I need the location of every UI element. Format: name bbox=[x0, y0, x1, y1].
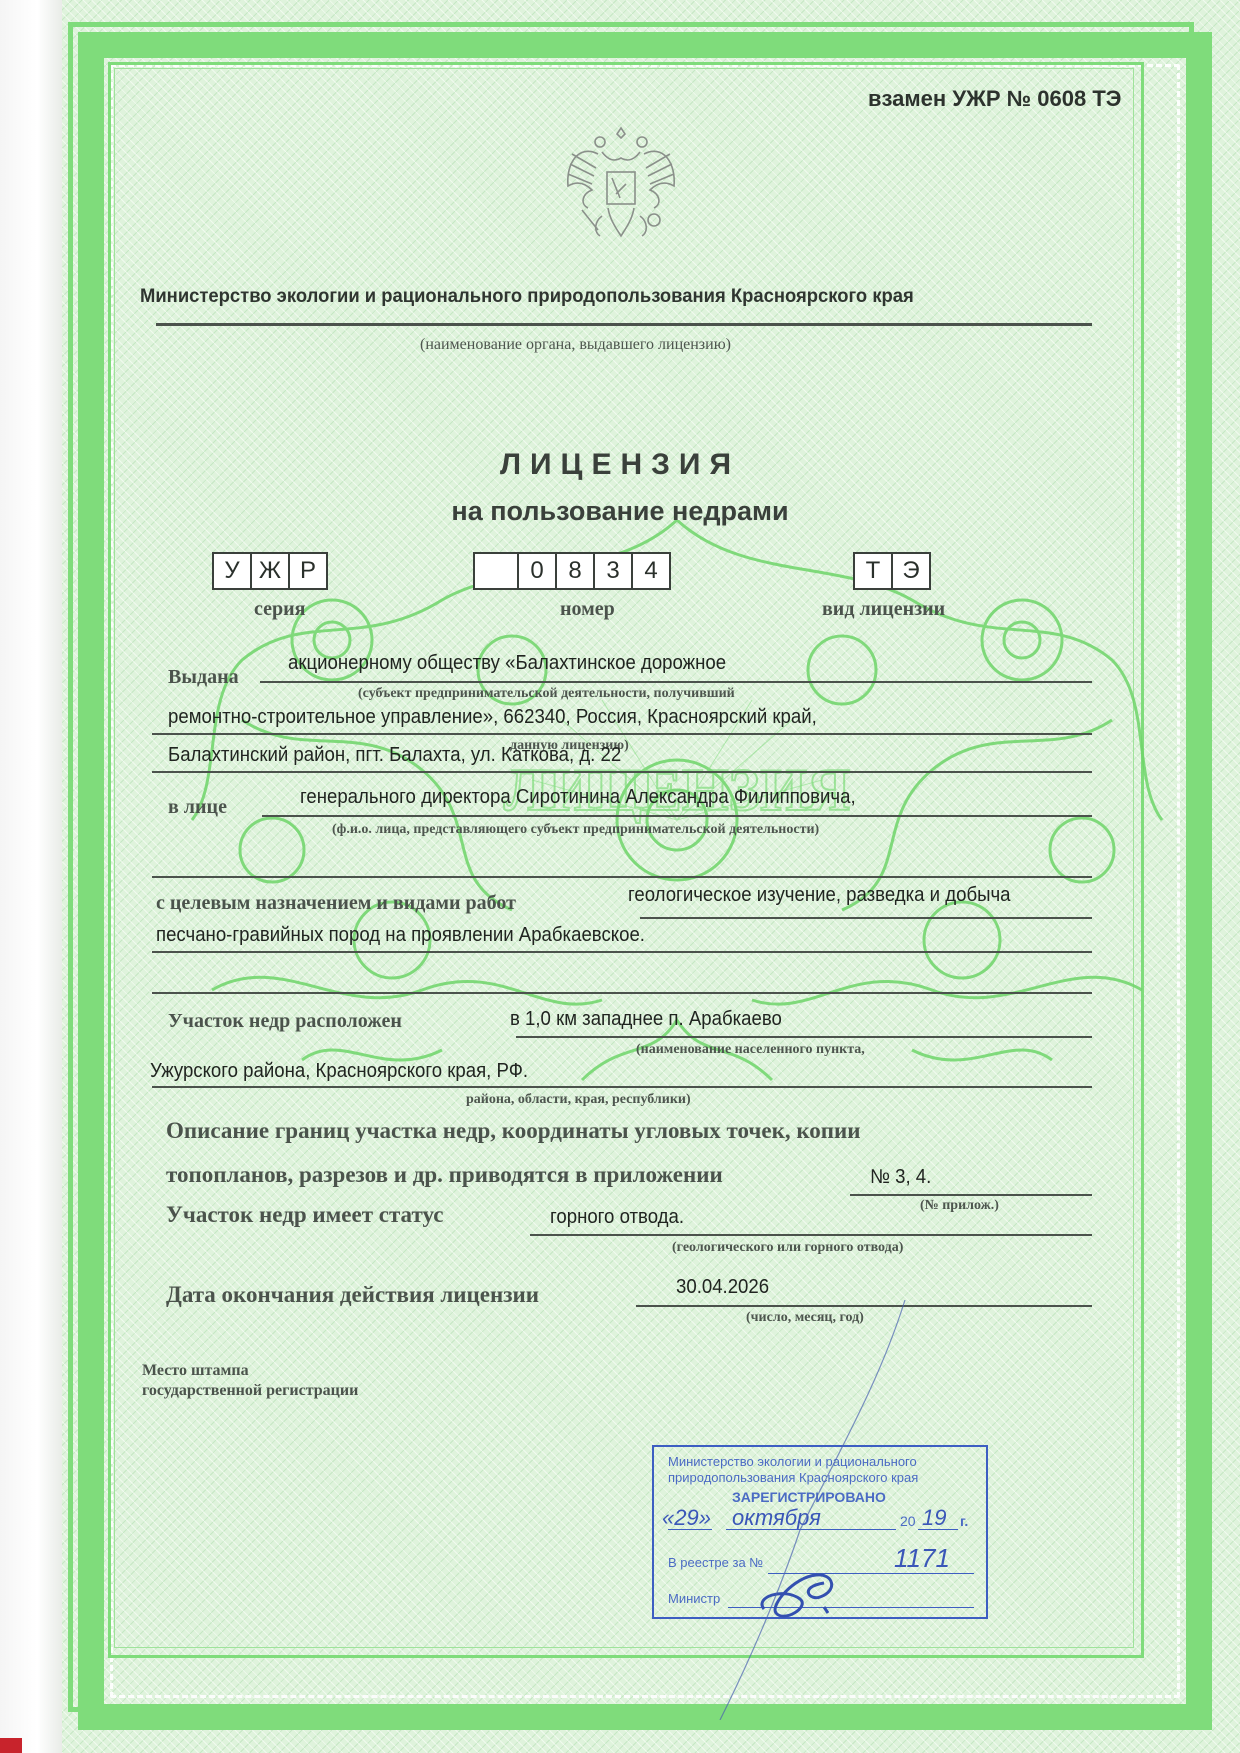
license-subtitle: на пользование недрами bbox=[0, 496, 1240, 527]
status-caption: (геологического или горного отвода) bbox=[672, 1240, 903, 1256]
location-caption-1: (наименование населенного пункта, bbox=[636, 1042, 865, 1058]
location-underline-2 bbox=[152, 1086, 1092, 1088]
series-boxes: У Ж Р bbox=[212, 552, 328, 590]
series-char: У bbox=[214, 554, 252, 588]
issued-to-underline-2 bbox=[152, 733, 1092, 735]
issuing-authority-caption: (наименование органа, выдавшего лицензию… bbox=[420, 336, 731, 354]
issuing-authority: Министерство экологии и рационального пр… bbox=[140, 286, 914, 308]
stamp-place-line1: Место штампа bbox=[142, 1362, 249, 1380]
represented-by-caption: (ф.и.о. лица, представляющего субъект пр… bbox=[332, 822, 819, 838]
license-type-label: вид лицензии bbox=[822, 598, 945, 621]
purpose-underline-3 bbox=[152, 992, 1092, 994]
number-boxes: 0 8 3 4 bbox=[473, 552, 671, 590]
number-char: 0 bbox=[519, 554, 557, 588]
number-char: 4 bbox=[633, 554, 669, 588]
number-char: 3 bbox=[595, 554, 633, 588]
purpose-underline-1 bbox=[640, 917, 1092, 919]
issued-to-line1: акционерному обществу «Балахтинское доро… bbox=[288, 652, 726, 675]
issued-to-label: Выдана bbox=[168, 666, 239, 689]
license-type-boxes: Т Э bbox=[853, 552, 931, 590]
purpose-underline-2 bbox=[152, 951, 1092, 953]
license-title: ЛИЦЕНЗИЯ bbox=[0, 448, 1240, 482]
appendix-value: № 3, 4. bbox=[870, 1166, 931, 1189]
stamp-place-line2: государственной регистрации bbox=[142, 1382, 358, 1400]
boundaries-text-line1: Описание границ участка недр, координаты… bbox=[166, 1118, 861, 1144]
location-caption-2: района, области, края, республики) bbox=[466, 1092, 691, 1108]
binding-strip bbox=[0, 0, 62, 1753]
stamp-year-unit: г. bbox=[960, 1513, 968, 1529]
issued-to-line2: ремонтно-строительное управление», 66234… bbox=[168, 706, 817, 729]
represented-by-underline-2 bbox=[152, 876, 1092, 878]
issued-to-line3: Балахтинский район, пгт. Балахта, ул. Ка… bbox=[168, 744, 621, 767]
purpose-label: с целевым назначением и видами работ bbox=[156, 892, 516, 915]
number-char bbox=[475, 554, 519, 588]
appendix-caption: (№ прилож.) bbox=[920, 1198, 999, 1214]
issuing-authority-underline bbox=[156, 323, 1092, 326]
location-line1: в 1,0 км западнее п. Арабкаево bbox=[510, 1008, 782, 1031]
appendix-underline bbox=[850, 1194, 1092, 1196]
series-label: серия bbox=[254, 598, 305, 621]
replaces-license-note: взамен УЖР № 0608 ТЭ bbox=[868, 86, 1121, 112]
represented-by-underline bbox=[262, 815, 1092, 817]
number-char: 8 bbox=[557, 554, 595, 588]
russian-coat-of-arms-icon bbox=[558, 124, 684, 244]
boundaries-text-line2: топопланов, разрезов и др. приводятся в … bbox=[166, 1162, 723, 1188]
status-value: горного отвода. bbox=[550, 1206, 684, 1229]
license-type-char: Т bbox=[855, 554, 893, 588]
represented-by-label: в лице bbox=[168, 796, 227, 819]
binding-edge-mark bbox=[0, 1738, 22, 1753]
expiry-label: Дата окончания действия лицензии bbox=[166, 1282, 539, 1308]
stamp-year-line bbox=[918, 1529, 958, 1530]
series-char: Ж bbox=[252, 554, 290, 588]
status-underline bbox=[530, 1234, 1092, 1236]
location-underline-1 bbox=[516, 1036, 1092, 1038]
series-char: Р bbox=[290, 554, 326, 588]
number-label: номер bbox=[560, 598, 615, 621]
issued-to-underline-3 bbox=[152, 771, 1092, 773]
location-label: Участок недр расположен bbox=[168, 1010, 402, 1033]
represented-by-value: генерального директора Сиротинина Алекса… bbox=[300, 786, 856, 809]
purpose-line2: песчано-гравийных пород на проявлении Ар… bbox=[156, 924, 645, 947]
purpose-line1: геологическое изучение, разведка и добыч… bbox=[628, 884, 1011, 907]
issued-to-caption-1: (субъект предпринимательской деятельност… bbox=[358, 686, 735, 702]
expiry-value: 30.04.2026 bbox=[676, 1276, 769, 1299]
signature-stroke-icon bbox=[600, 1300, 920, 1720]
status-label: Участок недр имеет статус bbox=[166, 1202, 443, 1228]
location-line2: Ужурского района, Красноярского края, РФ… bbox=[150, 1060, 528, 1083]
stamp-year-suffix: 19 bbox=[922, 1505, 946, 1531]
issued-to-underline-1 bbox=[260, 681, 1092, 683]
license-type-char: Э bbox=[893, 554, 929, 588]
